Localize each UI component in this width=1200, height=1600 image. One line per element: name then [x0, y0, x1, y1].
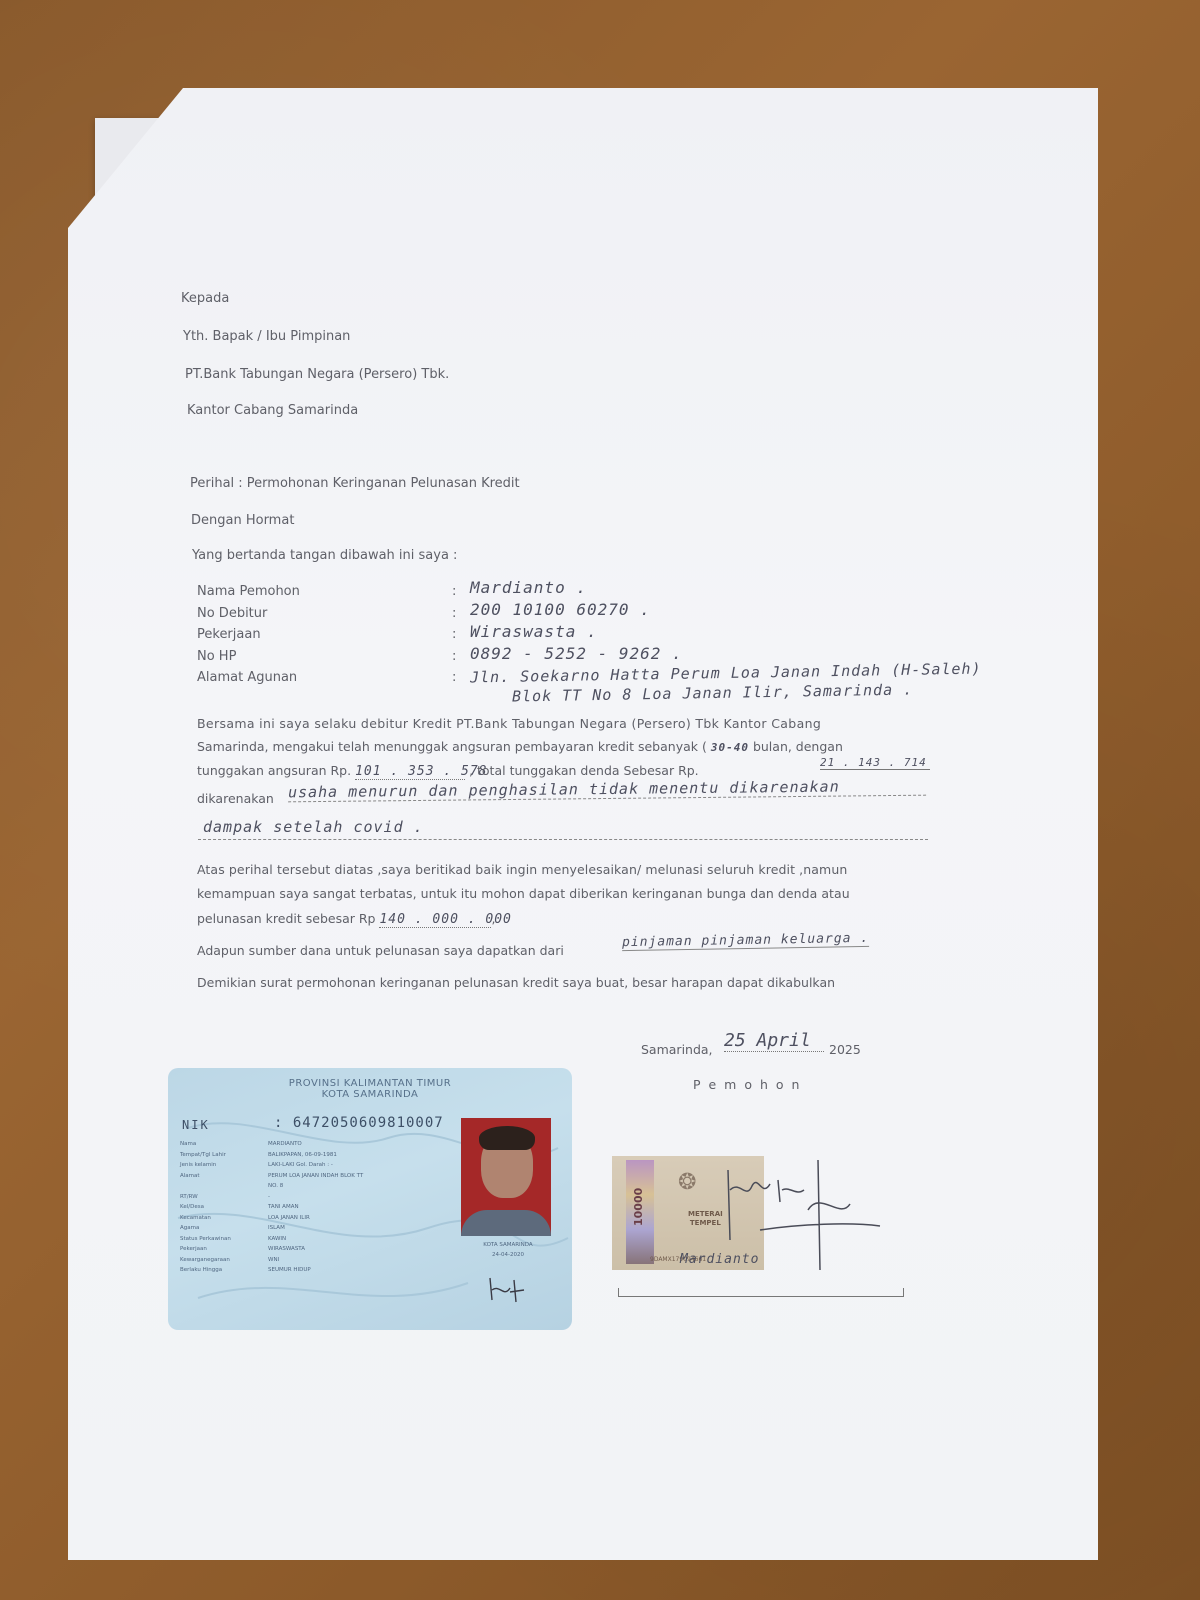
id-card-row-value: TANI AMAN [268, 1204, 299, 1210]
colon: : [452, 584, 456, 599]
para1-line4-prefix: dikarenakan [197, 791, 274, 806]
recipient-branch: Kantor Cabang Samarinda [187, 403, 358, 418]
id-card-row-value: ISLAM [268, 1225, 285, 1231]
recipient-salutation: Yth. Bapak / Ibu Pimpinan [183, 329, 350, 344]
colon: : [452, 670, 456, 685]
letter-greeting: Dengan Hormat [191, 513, 294, 528]
id-card-issue-city: KOTA SAMARINDA [458, 1242, 558, 1248]
id-card-row-value: LAKI-LAKI Gol. Darah : - [268, 1162, 333, 1168]
id-card-row: Kel/DesaTANI AMAN [180, 1204, 299, 1210]
id-card-row-label: Agama [180, 1225, 268, 1231]
id-card-row-value: KAWIN [268, 1236, 286, 1242]
para2-line2: kemampuan saya sangat terbatas, untuk it… [197, 886, 850, 901]
recipient-company: PT.Bank Tabungan Negara (Persero) Tbk. [185, 367, 449, 382]
photo-hair [479, 1126, 535, 1150]
id-card: PROVINSI KALIMANTAN TIMUR KOTA SAMARINDA… [168, 1068, 572, 1330]
stamp-value: 10000 [632, 1188, 645, 1226]
letter-subject: Perihal : Permohonan Keringanan Pelunasa… [190, 476, 520, 491]
letter-intro: Yang bertanda tangan dibawah ini saya : [192, 548, 457, 563]
colon: : [452, 606, 456, 621]
applicant-signature [700, 1150, 890, 1290]
id-card-city: KOTA SAMARINDA [168, 1089, 572, 1100]
id-card-row: Tempat/Tgl LahirBALIKPAPAN, 06-09-1981 [180, 1152, 337, 1158]
source-of-funds-prefix: Adapun sumber dana untuk pelunasan saya … [197, 943, 564, 958]
id-card-row: AlamatPERUM LOA JANAN INDAH BLOK TT [180, 1173, 363, 1179]
id-card-signature [486, 1274, 530, 1306]
para1-line2-suffix: bulan, dengan [753, 739, 843, 754]
id-card-row-label: Pekerjaan [180, 1246, 268, 1252]
id-card-row: Status PerkawinanKAWIN [180, 1236, 286, 1242]
id-card-row-label: Kewarganegaraan [180, 1257, 268, 1263]
signature-place: Samarinda, [641, 1042, 713, 1057]
id-card-row-value: BALIKPAPAN, 06-09-1981 [268, 1152, 337, 1158]
field-value-occupation: Wiraswasta . [470, 622, 598, 641]
signature-year: 2025 [829, 1042, 861, 1057]
signature-role: P e m o h o n [693, 1077, 801, 1092]
colon: : [452, 627, 456, 642]
arrears-field: 101 . 353 . 578 [355, 763, 465, 780]
para2-line3-prefix: pelunasan kredit sebesar Rp [197, 911, 375, 926]
id-card-row-label: Nama [180, 1141, 268, 1147]
id-card-row-label: Berlaku Hingga [180, 1267, 268, 1273]
id-card-row-value: MARDIANTO [268, 1141, 302, 1147]
months-overdue-value: 30-40 [711, 741, 749, 754]
id-card-row: PekerjaanWIRASWASTA [180, 1246, 305, 1252]
id-card-row-label: Status Perkawinan [180, 1236, 268, 1242]
id-card-row: NamaMARDIANTO [180, 1141, 302, 1147]
field-value-debtor-no: 200 10100 60270 . [470, 600, 651, 619]
id-card-row-label: Jenis kelamin [180, 1162, 268, 1168]
id-card-row-value: - [268, 1194, 270, 1200]
closing-sentence: Demikian surat permohonan keringanan pel… [197, 975, 835, 990]
para1-line2-prefix: Samarinda, mengakui telah menunggak angs… [197, 739, 707, 754]
garuda-emblem-icon: ❂ [678, 1170, 696, 1195]
id-card-issue-date: 24-04-2020 [458, 1252, 558, 1258]
arrears-value: 101 . 353 . 578 [355, 764, 487, 779]
signer-name: Mardianto [680, 1252, 759, 1267]
field-label-debtor-no: No Debitur [197, 606, 267, 621]
field-label-collateral-address: Alamat Agunan [197, 670, 297, 685]
recipient-to: Kepada [181, 291, 229, 306]
colon: : [452, 649, 456, 664]
para1-line3: tunggakan angsuran Rp. 101 . 353 . 578 ,… [197, 763, 699, 780]
id-card-photo [461, 1118, 551, 1236]
id-card-row-label: Kecamatan [180, 1215, 268, 1221]
photo-shoulders [461, 1210, 551, 1236]
para2-line3: pelunasan kredit sebesar Rp 140 . 000 . … [197, 911, 495, 928]
id-card-row-label: Kel/Desa [180, 1204, 268, 1210]
id-card-province: PROVINSI KALIMANTAN TIMUR [168, 1078, 572, 1089]
reason-value-line2: dampak setelah covid . [203, 818, 424, 836]
field-label-occupation: Pekerjaan [197, 627, 261, 642]
id-card-row-value: WNI [268, 1257, 279, 1263]
field-value-name: Mardianto . [470, 578, 587, 597]
id-card-row: Berlaku HinggaSEUMUR HIDUP [180, 1267, 311, 1273]
field-label-name: Nama Pemohon [197, 584, 300, 599]
id-card-row: NO. 8 [180, 1183, 283, 1189]
id-card-row-label: Alamat [180, 1173, 268, 1179]
settlement-field: 140 . 000 . 000 [379, 911, 491, 928]
id-card-row-value: LOA JANAN ILIR [268, 1215, 310, 1221]
id-card-row: AgamaISLAM [180, 1225, 285, 1231]
para2-line1: Atas perihal tersebut diatas ,saya berit… [197, 862, 847, 877]
para1-line2: Samarinda, mengakui telah menunggak angs… [197, 739, 843, 754]
para1-line3-prefix: tunggakan angsuran Rp. [197, 763, 351, 778]
id-card-nik-label: NIK [182, 1118, 210, 1132]
id-card-row-value: PERUM LOA JANAN INDAH BLOK TT [268, 1173, 363, 1179]
field-value-phone: 0892 - 5252 - 9262 . [470, 644, 683, 663]
field-label-phone: No HP [197, 649, 236, 664]
id-card-row: RT/RW- [180, 1194, 270, 1200]
para1-line3-middle: , total tunggakan denda Sebesar Rp. [469, 763, 699, 778]
id-card-row-value: WIRASWASTA [268, 1246, 305, 1252]
signature-date: 25 April [724, 1030, 824, 1052]
id-card-row-label: Tempat/Tgl Lahir [180, 1152, 268, 1158]
id-card-row-label: RT/RW [180, 1194, 268, 1200]
penalty-value: 21 . 143 . 714 [820, 756, 930, 770]
id-card-nik: : 6472050609810007 [274, 1115, 444, 1131]
settlement-value: 140 . 000 . 000 [379, 912, 511, 927]
para1-line1: Bersama ini saya selaku debitur Kredit P… [197, 716, 821, 731]
reason-rule [198, 839, 928, 840]
id-card-row-value: NO. 8 [268, 1183, 283, 1189]
id-card-row: Jenis kelaminLAKI-LAKI Gol. Darah : - [180, 1162, 333, 1168]
id-card-row: KecamatanLOA JANAN ILIR [180, 1215, 310, 1221]
signature-bracket [618, 1288, 904, 1297]
id-card-row-value: SEUMUR HIDUP [268, 1267, 311, 1273]
id-card-row: KewarganegaraanWNI [180, 1257, 279, 1263]
